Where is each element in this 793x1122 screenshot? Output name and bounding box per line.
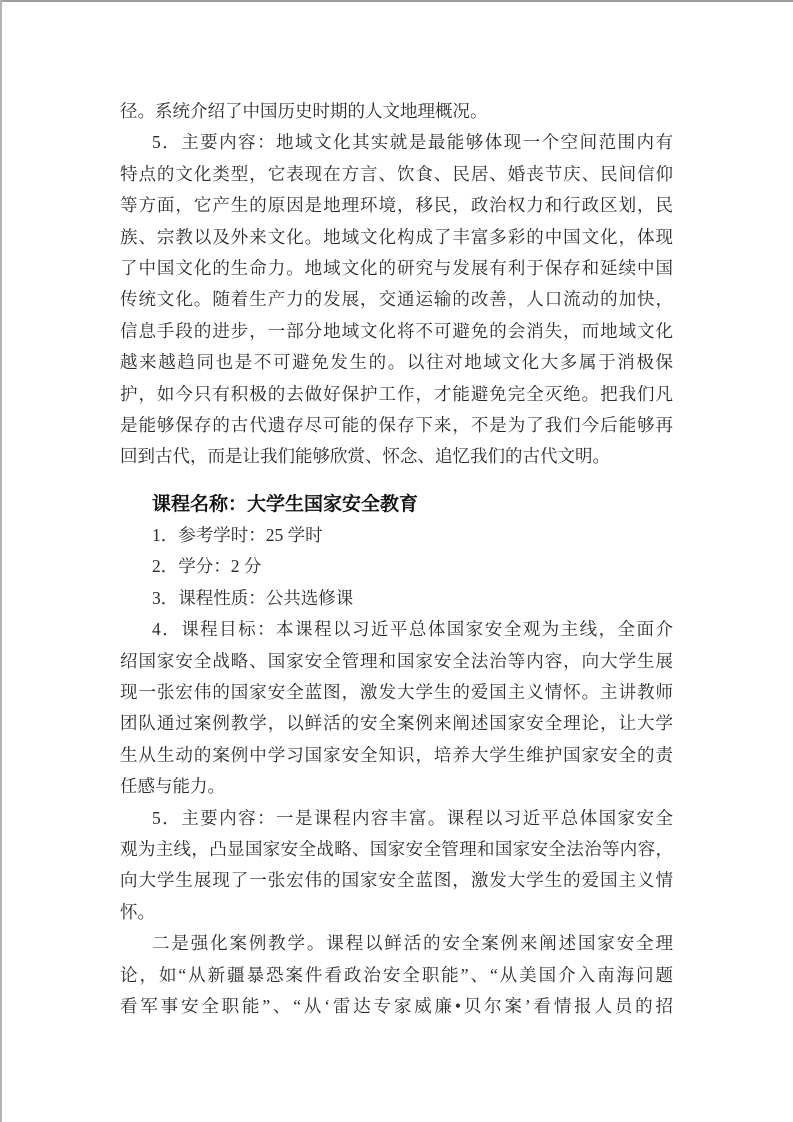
page-text: 径。系统介绍了中国历史时期的人文地理概况。5．主要内容：地域文化其实就是最能够体…	[120, 96, 673, 1022]
text-line: 看军事安全职能”、“从‘雷达专家威廉•贝尔案’看情报人员的招	[120, 991, 673, 1022]
text-line: 等方面，它产生的原因是地理环境，移民，政治权力和行政区划，民	[120, 190, 673, 221]
page-top-edge	[0, 0, 793, 2]
text-line: 任感与能力。	[120, 771, 673, 802]
text-line: 向大学生展现了一张宏伟的国家安全蓝图，激发大学生的爱国主义情	[120, 865, 673, 896]
text-line: 怀。	[120, 897, 673, 928]
text-line: 特点的文化类型，它表现在方言、饮食、民居、婚丧节庆、民间信仰	[120, 159, 673, 190]
text-line: 生从生动的案例中学习国家安全知识，培养大学生维护国家安全的责	[120, 740, 673, 771]
text-line: 绍国家安全战略、国家安全管理和国家安全法治等内容，向大学生展	[120, 646, 673, 677]
text-line: 越来越趋同也是不可避免发生的。以往对地域文化大多属于消极保	[120, 347, 673, 378]
text-line: 是能够保存的古代遗存尽可能的保存下来，不是为了我们今后能够再	[120, 410, 673, 441]
text-line: 2．学分：2 分	[120, 551, 673, 582]
text-line: 团队通过案例教学，以鲜活的安全案例来阐述国家安全理论，让大学	[120, 708, 673, 739]
text-line: 5．主要内容：地域文化其实就是最能够体现一个空间范围内有	[120, 127, 673, 158]
text-line: 传统文化。随着生产力的发展，交通运输的改善，人口流动的加快，	[120, 284, 673, 315]
document-page: 径。系统介绍了中国历史时期的人文地理概况。5．主要内容：地域文化其实就是最能够体…	[0, 0, 793, 1122]
text-line: 二是强化案例教学。课程以鲜活的安全案例来阐述国家安全理	[120, 928, 673, 959]
text-line: 回到古代，而是让我们能够欣赏、怀念、追忆我们的古代文明。	[120, 441, 673, 472]
text-line: 信息手段的进步，一部分地域文化将不可避免的会消失，而地域文化	[120, 316, 673, 347]
text-line: 现一张宏伟的国家安全蓝图，激发大学生的爱国主义情怀。主讲教师	[120, 677, 673, 708]
text-line: 论，如“从新疆暴恐案件看政治安全职能”、“从美国介入南海问题	[120, 960, 673, 991]
text-line: 护，如今只有积极的去做好保护工作，才能避免完全灭绝。把我们凡	[120, 379, 673, 410]
text-line: 族、宗教以及外来文化。地域文化构成了丰富多彩的中国文化，体现	[120, 222, 673, 253]
text-line: 5．主要内容：一是课程内容丰富。课程以习近平总体国家安全	[120, 803, 673, 834]
page-left-edge	[0, 0, 2, 1122]
text-line: 观为主线，凸显国家安全战略、国家安全管理和国家安全法治等内容，	[120, 834, 673, 865]
text-line: 4．课程目标：本课程以习近平总体国家安全观为主线，全面介	[120, 614, 673, 645]
text-line: 径。系统介绍了中国历史时期的人文地理概况。	[120, 96, 673, 127]
course-name-heading: 课程名称：大学生国家安全教育	[120, 489, 673, 520]
text-line: 了中国文化的生命力。地域文化的研究与发展有利于保存和延续中国	[120, 253, 673, 284]
text-line: 1．参考学时：25 学时	[120, 520, 673, 551]
text-line: 3．课程性质：公共选修课	[120, 583, 673, 614]
